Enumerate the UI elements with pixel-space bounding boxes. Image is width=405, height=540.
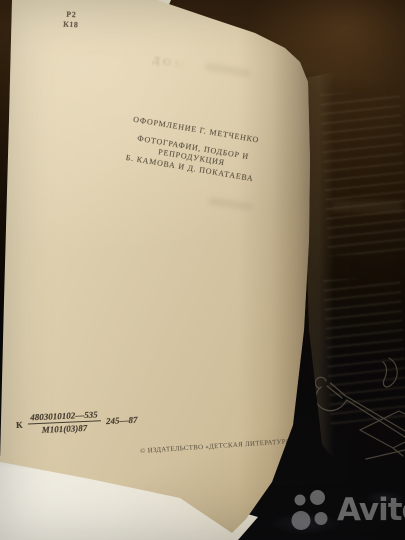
catalog-suffix: 245—87 xyxy=(106,414,138,425)
catalog-fraction: 4803010102—535 М101(03)87 xyxy=(27,409,101,435)
avito-logo-icon xyxy=(288,487,334,533)
library-classification: Р2 К18 xyxy=(58,9,85,29)
avito-watermark: Avito xyxy=(288,487,405,533)
book-photo: Р2 К18 ДОМ ОФОРМЛЕНИЕ Г. МЕТЧЕНКО ФОТОГР… xyxy=(0,0,405,540)
show-through-text-upper xyxy=(320,90,405,256)
catalog-denominator: М101(03)87 xyxy=(28,421,102,435)
show-through-band xyxy=(332,200,402,213)
classification-line-2: К18 xyxy=(58,19,84,30)
avito-watermark-label: Avito xyxy=(337,492,405,528)
catalog-number-block: К 4803010102—535 М101(03)87 245—87 xyxy=(15,408,137,436)
ghost-stamp-text: ДОМ xyxy=(151,54,188,72)
catalog-prefix: К xyxy=(16,419,23,429)
